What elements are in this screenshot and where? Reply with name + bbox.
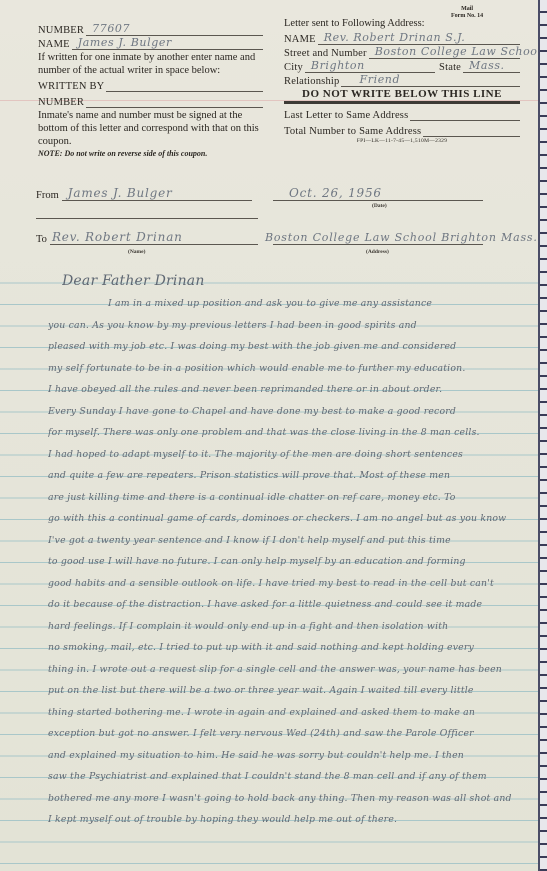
- written-by-line: [106, 79, 263, 92]
- salutation: Dear Father Drinan: [62, 270, 518, 293]
- last-letter-line: [410, 108, 520, 121]
- letter-line: I had hoped to adapt myself to it. The m…: [48, 444, 518, 466]
- letter-line: hard feelings. If I complain it would on…: [48, 616, 518, 638]
- letter-line: go with this a continual game of cards, …: [48, 508, 518, 530]
- written-by-field: WRITTEN BY: [38, 78, 263, 92]
- inmate-name-field: NAME James J. Bulger: [38, 36, 263, 50]
- letter-line: no smoking, mail, etc. I tried to put up…: [48, 637, 518, 659]
- relationship-label: Relationship: [284, 76, 339, 87]
- state-value: Mass.: [469, 59, 505, 72]
- city-label: City: [284, 62, 303, 73]
- inmate-number-field: NUMBER 77607: [38, 22, 263, 36]
- letter-line: do it because of the distraction. I have…: [48, 594, 518, 616]
- date-line: Oct. 26, 1956: [273, 186, 483, 201]
- letter-line: thing started bothering me. I wrote in a…: [48, 702, 518, 724]
- number-label: NUMBER: [38, 25, 84, 36]
- letter-line: saw the Psychiatrist and explained that …: [48, 766, 518, 788]
- letter-line: I've got a twenty year sentence and I kn…: [48, 530, 518, 552]
- relationship-value: Friend: [359, 73, 400, 86]
- number-line: 77607: [86, 23, 263, 36]
- address-line: Boston College Law School Brighton Mass.: [273, 230, 483, 245]
- state-line: Mass.: [463, 60, 520, 73]
- relationship-line: Friend: [341, 74, 520, 87]
- do-not-write-notice: DO NOT WRITE BELOW THIS LINE: [284, 88, 520, 100]
- letter-lines: I am in a mixed up position and ask you …: [48, 293, 518, 831]
- letter-line: for myself. There was only one problem a…: [48, 422, 518, 444]
- total-number-field: Total Number to Same Address: [284, 123, 520, 137]
- last-letter-label: Last Letter to Same Address: [284, 110, 408, 121]
- letter-body: Dear Father Drinan I am in a mixed up po…: [48, 270, 518, 831]
- recipient-name-value: Rev. Robert Drinan S.J.: [324, 31, 466, 44]
- letter-line: are just killing time and there is a con…: [48, 487, 518, 509]
- number-value: 77607: [92, 22, 130, 35]
- address-caption: (Address): [366, 249, 389, 255]
- writer-number-line: [86, 95, 263, 108]
- letter-page: Mail Form No. 14 NUMBER 77607 NAME James…: [0, 0, 540, 871]
- letter-line: and quite a few are repeaters. Prison st…: [48, 465, 518, 487]
- from-label: From: [36, 190, 59, 201]
- letter-line: thing in. I wrote out a request slip for…: [48, 659, 518, 681]
- letter-line: exception but got no answer. I felt very…: [48, 723, 518, 745]
- letter-line: I am in a mixed up position and ask you …: [48, 293, 518, 315]
- recipient-name-field: NAME Rev. Robert Drinan S.J.: [284, 31, 520, 45]
- name-caption: (Name): [128, 249, 145, 255]
- to-value: Rev. Robert Drinan: [52, 230, 183, 244]
- print-code: FPI—LK—11-7-45—1,510M—2329: [284, 138, 520, 144]
- writer-number-field: NUMBER: [38, 94, 263, 108]
- total-number-line: [423, 124, 520, 137]
- writer-number-label: NUMBER: [38, 97, 84, 108]
- letter-line: and explained my situation to him. He sa…: [48, 745, 518, 767]
- proxy-instruction: If written for one inmate by another ent…: [38, 51, 263, 77]
- letter-line: put on the list but there will be a two …: [48, 680, 518, 702]
- city-state-field: City Brighton State Mass.: [284, 59, 520, 73]
- letter-line: my self fortunate to be in a position wh…: [48, 358, 518, 380]
- name-value: James J. Bulger: [78, 36, 172, 49]
- letter-line: pleased with my job etc. I was doing my …: [48, 336, 518, 358]
- address-field: Boston College Law School Brighton Mass.: [273, 230, 483, 245]
- from-line: James J. Bulger: [62, 186, 252, 201]
- date-field: Oct. 26, 1956: [273, 186, 483, 201]
- street-field: Street and Number Boston College Law Sch…: [284, 45, 520, 59]
- written-by-label: WRITTEN BY: [38, 81, 104, 92]
- from-field: From James J. Bulger: [36, 186, 252, 201]
- name-line: James J. Bulger: [72, 37, 263, 50]
- street-label: Street and Number: [284, 48, 367, 59]
- state-label: State: [439, 62, 461, 73]
- coupon-address-section: Letter sent to Following Address: NAME R…: [284, 18, 520, 144]
- city-value: Brighton: [311, 59, 365, 72]
- name-label: NAME: [38, 39, 70, 50]
- last-letter-field: Last Letter to Same Address: [284, 107, 520, 121]
- letter-line: to good use I will have no future. I can…: [48, 551, 518, 573]
- thick-divider: [284, 101, 520, 104]
- from-value: James J. Bulger: [68, 186, 173, 200]
- letter-line: I kept myself out of trouble by hoping t…: [48, 809, 518, 831]
- to-line: Rev. Robert Drinan: [50, 230, 258, 245]
- date-value: Oct. 26, 1956: [289, 186, 382, 200]
- total-number-label: Total Number to Same Address: [284, 126, 421, 137]
- date-caption: (Date): [372, 203, 387, 209]
- letter-line: bothered me any more I wasn't going to h…: [48, 788, 518, 810]
- signature-instruction: Inmate's name and number must be signed …: [38, 109, 263, 148]
- to-field: To Rev. Robert Drinan: [36, 230, 258, 245]
- relationship-field: Relationship Friend: [284, 73, 520, 87]
- recipient-name-label: NAME: [284, 34, 316, 45]
- street-value: Boston College Law School: [375, 45, 540, 58]
- street-line: Boston College Law School: [369, 46, 520, 59]
- coupon-inmate-section: NUMBER 77607 NAME James J. Bulger If wri…: [38, 22, 263, 158]
- binder-edge: [538, 0, 547, 871]
- form-number-line-1: Mail: [451, 6, 483, 13]
- city-line: Brighton: [305, 60, 435, 73]
- address-heading: Letter sent to Following Address:: [284, 18, 520, 31]
- spare-line: [36, 218, 258, 219]
- letter-line: Every Sunday I have gone to Chapel and h…: [48, 401, 518, 423]
- address-value: Boston College Law School Brighton Mass.: [265, 231, 538, 244]
- recipient-name-line: Rev. Robert Drinan S.J.: [318, 32, 520, 45]
- letter-line: good habits and a sensible outlook on li…: [48, 573, 518, 595]
- letter-line: you can. As you know by my previous lett…: [48, 315, 518, 337]
- to-label: To: [36, 234, 47, 245]
- reverse-side-note: NOTE: Do not write on reverse side of th…: [38, 149, 263, 158]
- letter-line: I have obeyed all the rules and never be…: [48, 379, 518, 401]
